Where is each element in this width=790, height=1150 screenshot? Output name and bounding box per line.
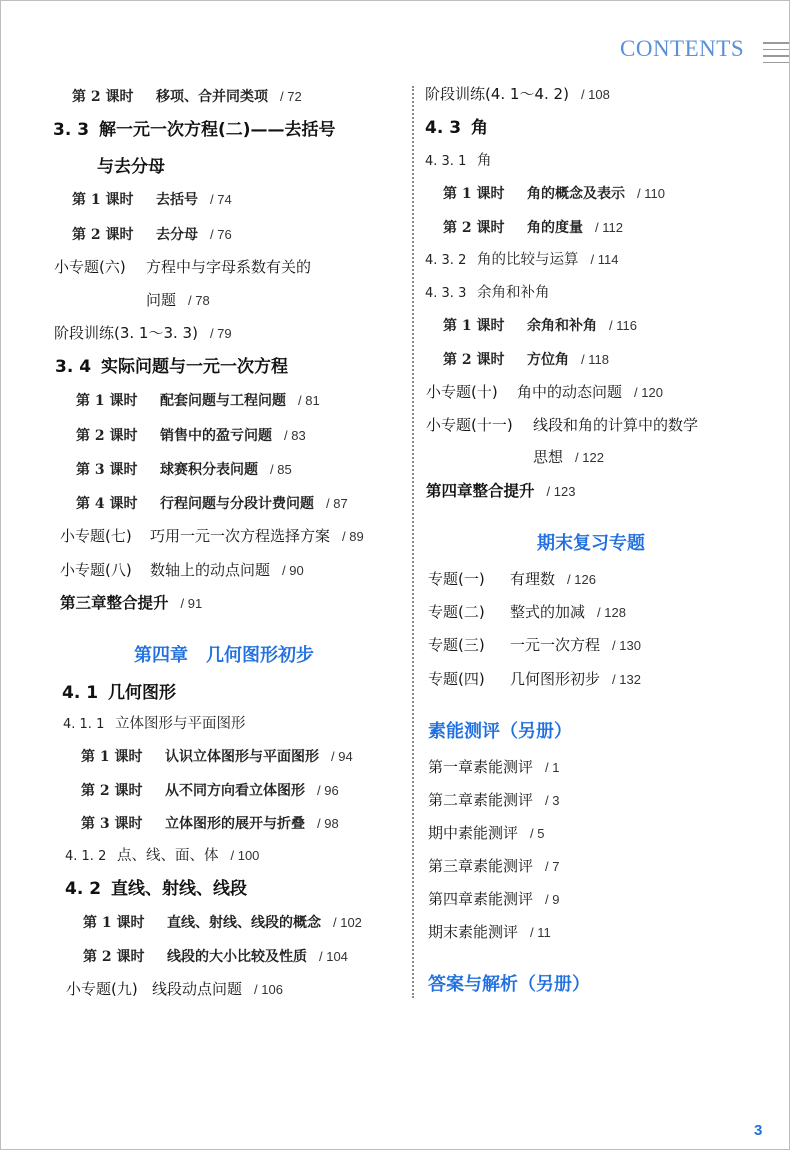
lesson-tag: 第 1 课时 bbox=[81, 750, 165, 764]
page-ref: / 94 bbox=[331, 749, 353, 764]
column-divider bbox=[412, 86, 414, 998]
page-ref: / 78 bbox=[188, 293, 210, 308]
lesson-tag: 第 1 课时 bbox=[76, 394, 160, 408]
section-title: 直线、射线、线段 bbox=[111, 879, 247, 899]
subsection-title: 点、线、面、体 bbox=[117, 848, 219, 864]
entry-title: 有理数 bbox=[510, 570, 555, 588]
lesson-tag: 第 1 课时 bbox=[72, 193, 156, 207]
entry-title: 第二章素能测评 bbox=[428, 791, 533, 809]
subsection-title: 余角和补角 bbox=[477, 285, 550, 301]
entry-title: 角中的动态问题 bbox=[517, 383, 622, 401]
toc-section-3-4[interactable]: 3. 4实际问题与一元一次方程 bbox=[55, 359, 288, 376]
entry-title: 巧用一元一次方程选择方案 bbox=[150, 527, 330, 545]
assessment-heading[interactable]: 素能测评（另册） bbox=[428, 723, 572, 741]
toc-subsection-4-3-1[interactable]: 4. 3. 1角 bbox=[425, 154, 492, 169]
topic-tag: 专题(四) bbox=[428, 672, 510, 687]
entry-title: 几何图形初步 bbox=[510, 670, 600, 688]
toc-topic-10[interactable]: 小专题(十)角中的动态问题/ 120 bbox=[426, 385, 663, 400]
page-ref: / 123 bbox=[547, 484, 576, 499]
subsection-title: 角 bbox=[477, 153, 492, 169]
toc-practice-3[interactable]: 阶段训练(3. 1～3. 3)/ 79 bbox=[54, 326, 232, 341]
section-number: 4. 1 bbox=[62, 685, 108, 702]
toc-entry-lesson[interactable]: 第 2 课时销售中的盈亏问题/ 83 bbox=[76, 429, 306, 443]
page-ref: / 79 bbox=[210, 326, 232, 341]
toc-subsection-4-1-1[interactable]: 4. 1. 1立体图形与平面图形 bbox=[63, 717, 246, 732]
toc-entry-lesson[interactable]: 第 2 课时移项、合并同类项/ 72 bbox=[72, 90, 302, 104]
page-ref: / 118 bbox=[581, 352, 609, 367]
subsection-number: 4. 3. 3 bbox=[425, 287, 477, 300]
page-ref: / 1 bbox=[545, 760, 559, 775]
lesson-tag: 第 4 课时 bbox=[76, 497, 160, 511]
toc-assessment[interactable]: 第三章素能测评/ 7 bbox=[428, 859, 559, 874]
page-ref: / 102 bbox=[333, 915, 362, 930]
page-ref: / 9 bbox=[545, 892, 559, 907]
toc-entry-lesson[interactable]: 第 2 课时从不同方向看立体图形/ 96 bbox=[81, 784, 339, 798]
toc-subsection-4-3-2[interactable]: 4. 3. 2角的比较与运算/ 114 bbox=[425, 253, 618, 268]
topic-tag: 小专题(八) bbox=[60, 563, 150, 578]
final-review-heading[interactable]: 期末复习专题 bbox=[537, 535, 645, 553]
toc-entry-lesson[interactable]: 第 1 课时角的概念及表示/ 110 bbox=[443, 187, 665, 201]
toc-section-3-3-line2: 与去分母 bbox=[97, 159, 165, 176]
answers-heading[interactable]: 答案与解析（另册） bbox=[428, 976, 590, 994]
page-ref: / 7 bbox=[545, 859, 559, 874]
page-ref: / 72 bbox=[280, 89, 302, 104]
entry-title: 去括号 bbox=[156, 192, 198, 208]
toc-section-4-3[interactable]: 4. 3角 bbox=[425, 120, 488, 137]
section-number: 3. 4 bbox=[55, 359, 101, 376]
entry-title: 移项、合并同类项 bbox=[156, 89, 268, 105]
entry-title: 第四章整合提升 bbox=[426, 482, 535, 500]
page-ref: / 130 bbox=[612, 638, 641, 653]
toc-entry-lesson[interactable]: 第 1 课时去括号/ 74 bbox=[72, 193, 232, 207]
lesson-tag: 第 1 课时 bbox=[83, 916, 167, 930]
toc-topic-9[interactable]: 小专题(九)线段动点问题/ 106 bbox=[66, 982, 283, 997]
entry-title: 角的概念及表示 bbox=[527, 186, 625, 202]
entry-title-continued: 问题 bbox=[146, 291, 176, 309]
topic-tag: 小专题(七) bbox=[60, 529, 150, 544]
entry-title: 数轴上的动点问题 bbox=[150, 561, 270, 579]
section-title-continued: 与去分母 bbox=[97, 157, 165, 177]
entry-title: 配套问题与工程问题 bbox=[160, 393, 286, 409]
entry-title-continued: 思想 bbox=[533, 448, 563, 466]
section-title: 几何图形 bbox=[108, 683, 176, 703]
toc-entry-lesson[interactable]: 第 2 课时线段的大小比较及性质/ 104 bbox=[83, 950, 348, 964]
entry-title: 方程中与字母系数有关的 bbox=[146, 258, 311, 276]
topic-tag: 专题(二) bbox=[428, 605, 510, 620]
page-ref: / 90 bbox=[282, 563, 304, 578]
section-title: 解一元一次方程(二)——去括号 bbox=[99, 120, 336, 140]
toc-entry-lesson[interactable]: 第 4 课时行程问题与分段计费问题/ 87 bbox=[76, 497, 348, 511]
toc-practice-4[interactable]: 阶段训练(4. 1～4. 2)/ 108 bbox=[425, 87, 610, 102]
page-ref: / 116 bbox=[609, 318, 637, 333]
toc-entry-lesson[interactable]: 第 1 课时余角和补角/ 116 bbox=[443, 319, 637, 333]
contents-title: CONTENTS bbox=[620, 36, 744, 62]
page-ref: / 120 bbox=[634, 385, 663, 400]
section-title: 角 bbox=[471, 118, 488, 138]
lesson-tag: 第 2 课时 bbox=[81, 784, 165, 798]
page-ref: / 76 bbox=[210, 227, 232, 242]
toc-entry-lesson[interactable]: 第 1 课时直线、射线、线段的概念/ 102 bbox=[83, 916, 362, 930]
toc-topic-8[interactable]: 小专题(八)数轴上的动点问题/ 90 bbox=[60, 563, 304, 578]
lesson-tag: 第 2 课时 bbox=[443, 221, 527, 235]
toc-assessment[interactable]: 第一章素能测评/ 1 bbox=[428, 760, 559, 775]
toc-entry-lesson[interactable]: 第 1 课时认识立体图形与平面图形/ 94 bbox=[81, 750, 353, 764]
subsection-title: 角的比较与运算 bbox=[477, 252, 579, 268]
page-ref: / 85 bbox=[270, 462, 292, 477]
toc-assessment[interactable]: 第四章素能测评/ 9 bbox=[428, 892, 559, 907]
entry-title: 整式的加减 bbox=[510, 603, 585, 621]
lesson-tag: 第 2 课时 bbox=[443, 353, 527, 367]
subsection-title: 立体图形与平面图形 bbox=[115, 716, 246, 732]
entry-title: 从不同方向看立体图形 bbox=[165, 783, 305, 799]
toc-section-3-3[interactable]: 3. 3解一元一次方程(二)——去括号 bbox=[53, 122, 336, 139]
toc-review-topic-1[interactable]: 专题(一)有理数/ 126 bbox=[428, 572, 596, 587]
entry-title: 期中素能测评 bbox=[428, 824, 518, 842]
topic-tag: 小专题(六) bbox=[54, 260, 146, 275]
topic-tag: 小专题(十) bbox=[426, 385, 517, 400]
entry-title: 认识立体图形与平面图形 bbox=[165, 749, 319, 765]
lesson-tag: 第 1 课时 bbox=[443, 187, 527, 201]
toc-entry-lesson[interactable]: 第 2 课时角的度量/ 112 bbox=[443, 221, 623, 235]
toc-section-4-2[interactable]: 4. 2直线、射线、线段 bbox=[65, 881, 247, 898]
page-ref: / 128 bbox=[597, 605, 626, 620]
page-ref: / 98 bbox=[317, 816, 339, 831]
subsection-number: 4. 3. 1 bbox=[425, 155, 477, 168]
toc-topic-6[interactable]: 小专题(六)方程中与字母系数有关的 bbox=[54, 260, 311, 275]
page-ref: / 74 bbox=[210, 192, 232, 207]
section-title: 实际问题与一元一次方程 bbox=[101, 357, 288, 377]
entry-title: 第一章素能测评 bbox=[428, 758, 533, 776]
page-number: 3 bbox=[754, 1122, 762, 1139]
lesson-tag: 第 2 课时 bbox=[72, 228, 156, 242]
entry-title: 立体图形的展开与折叠 bbox=[165, 816, 305, 832]
lesson-tag: 第 3 课时 bbox=[81, 817, 165, 831]
page-ref: / 110 bbox=[637, 186, 665, 201]
topic-tag: 小专题(九) bbox=[66, 982, 152, 997]
toc-review-topic-2[interactable]: 专题(二)整式的加减/ 128 bbox=[428, 605, 626, 620]
page-ref: / 96 bbox=[317, 783, 339, 798]
entry-title: 行程问题与分段计费问题 bbox=[160, 496, 314, 512]
entry-title: 第三章素能测评 bbox=[428, 857, 533, 875]
page-ref: / 89 bbox=[342, 529, 364, 544]
toc-topic-7[interactable]: 小专题(七)巧用一元一次方程选择方案/ 89 bbox=[60, 529, 364, 544]
subsection-number: 4. 1. 2 bbox=[65, 850, 117, 863]
toc-entry-lesson[interactable]: 第 3 课时球赛积分表问题/ 85 bbox=[76, 463, 292, 477]
toc-section-4-1[interactable]: 4. 1几何图形 bbox=[62, 685, 176, 702]
entry-title: 球赛积分表问题 bbox=[160, 462, 258, 478]
entry-title: 去分母 bbox=[156, 227, 198, 243]
page-ref: / 91 bbox=[181, 596, 203, 611]
entry-title: 直线、射线、线段的概念 bbox=[167, 915, 321, 931]
topic-tag: 小专题(十一) bbox=[426, 418, 533, 433]
entry-title: 第四章素能测评 bbox=[428, 890, 533, 908]
topic-tag: 专题(三) bbox=[428, 638, 510, 653]
page-ref: / 5 bbox=[530, 826, 544, 841]
page-ref: / 83 bbox=[284, 428, 306, 443]
page-ref: / 126 bbox=[567, 572, 596, 587]
page-ref: / 114 bbox=[591, 252, 619, 267]
page-ref: / 106 bbox=[254, 982, 283, 997]
entry-title: 线段和角的计算中的数学 bbox=[533, 416, 698, 434]
topic-tag: 专题(一) bbox=[428, 572, 510, 587]
toc-chapter-3-review[interactable]: 第三章整合提升/ 91 bbox=[60, 596, 202, 612]
toc-entry-lesson[interactable]: 第 2 课时去分母/ 76 bbox=[72, 228, 232, 242]
section-number: 3. 3 bbox=[53, 122, 99, 139]
entry-title: 角的度量 bbox=[527, 220, 583, 236]
subsection-number: 4. 1. 1 bbox=[63, 718, 115, 731]
toc-subsection-4-1-2[interactable]: 4. 1. 2点、线、面、体/ 100 bbox=[65, 849, 259, 864]
lesson-tag: 第 2 课时 bbox=[72, 90, 156, 104]
toc-topic-11[interactable]: 小专题(十一)线段和角的计算中的数学 bbox=[426, 418, 698, 433]
page-ref: / 3 bbox=[545, 793, 559, 808]
lesson-tag: 第 1 课时 bbox=[443, 319, 527, 333]
entry-title: 线段的大小比较及性质 bbox=[167, 949, 307, 965]
lesson-tag: 第 2 课时 bbox=[83, 950, 167, 964]
lesson-tag: 第 3 课时 bbox=[76, 463, 160, 477]
menu-lines-icon bbox=[763, 42, 789, 66]
lesson-tag: 第 2 课时 bbox=[76, 429, 160, 443]
toc-topic-11-line2: 思想/ 122 bbox=[533, 450, 604, 465]
section-number: 4. 3 bbox=[425, 120, 471, 137]
page-ref: / 104 bbox=[319, 949, 348, 964]
entry-title: 阶段训练(4. 1～4. 2) bbox=[425, 85, 569, 103]
section-number: 4. 2 bbox=[65, 881, 111, 898]
toc-assessment[interactable]: 期中素能测评/ 5 bbox=[428, 826, 544, 841]
entry-title: 余角和补角 bbox=[527, 318, 597, 334]
chapter-4-heading[interactable]: 第四章 几何图形初步 bbox=[134, 647, 314, 665]
page-ref: / 112 bbox=[595, 220, 623, 235]
page-ref: / 11 bbox=[530, 925, 551, 940]
toc-review-topic-3[interactable]: 专题(三)一元一次方程/ 130 bbox=[428, 638, 641, 653]
entry-title: 线段动点问题 bbox=[152, 980, 242, 998]
toc-subsection-4-3-3[interactable]: 4. 3. 3余角和补角 bbox=[425, 286, 550, 301]
entry-title: 销售中的盈亏问题 bbox=[160, 428, 272, 444]
toc-topic-6-line2: 问题/ 78 bbox=[146, 293, 210, 308]
page-ref: / 122 bbox=[575, 450, 604, 465]
entry-title: 第三章整合提升 bbox=[60, 594, 169, 612]
subsection-number: 4. 3. 2 bbox=[425, 254, 477, 267]
toc-assessment[interactable]: 期末素能测评/ 11 bbox=[428, 925, 551, 940]
entry-title: 一元一次方程 bbox=[510, 636, 600, 654]
page-ref: / 81 bbox=[298, 393, 320, 408]
page-ref: / 100 bbox=[231, 848, 260, 863]
toc-assessment[interactable]: 第二章素能测评/ 3 bbox=[428, 793, 559, 808]
toc-review-topic-4[interactable]: 专题(四)几何图形初步/ 132 bbox=[428, 672, 641, 687]
entry-title: 期末素能测评 bbox=[428, 923, 518, 941]
entry-title: 阶段训练(3. 1～3. 3) bbox=[54, 324, 198, 342]
page-ref: / 108 bbox=[581, 87, 610, 102]
toc-chapter-4-review[interactable]: 第四章整合提升/ 123 bbox=[426, 484, 575, 500]
page-ref: / 132 bbox=[612, 672, 641, 687]
toc-entry-lesson[interactable]: 第 1 课时配套问题与工程问题/ 81 bbox=[76, 394, 320, 408]
toc-entry-lesson[interactable]: 第 2 课时方位角/ 118 bbox=[443, 353, 609, 367]
page-ref: / 87 bbox=[326, 496, 348, 511]
entry-title: 方位角 bbox=[527, 352, 569, 368]
toc-entry-lesson[interactable]: 第 3 课时立体图形的展开与折叠/ 98 bbox=[81, 817, 339, 831]
